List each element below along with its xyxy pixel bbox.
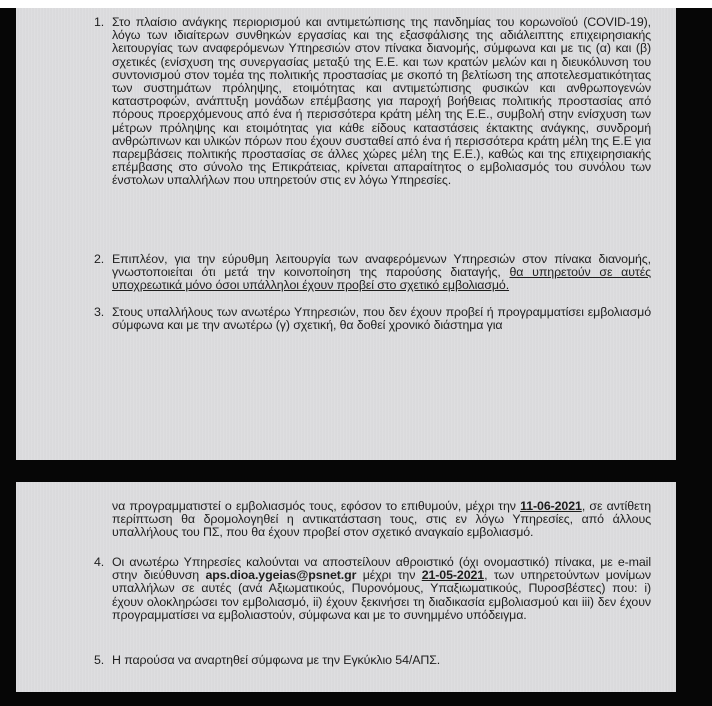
list-item-5: 5. Η παρούσα να αναρτηθεί σύμφωνα με την… — [112, 654, 651, 667]
email-address: aps.dioa.ygeias@psnet.gr — [206, 568, 357, 582]
list-item-1: 1. Στο πλαίσιο ανάγκης περιορισμού και α… — [112, 16, 651, 188]
item-number: 3. — [94, 306, 104, 319]
item-text: Στο πλαίσιο ανάγκης περιορισμού και αντι… — [112, 15, 651, 187]
item-text-b: μέχρι την — [356, 568, 421, 582]
item-number: 5. — [94, 654, 104, 667]
continuation-text: να προγραμματιστεί ο εμβολιασμός τους, ε… — [112, 499, 520, 513]
top-white-strip — [0, 0, 712, 8]
item-3-continuation: να προγραμματιστεί ο εμβολιασμός τους, ε… — [112, 500, 651, 540]
report-deadline-date: 21-05-2021 — [422, 568, 484, 582]
list-item-3: 3. Στους υπαλλήλους των ανωτέρω Υπηρεσιώ… — [112, 306, 651, 332]
item-number: 2. — [94, 253, 104, 266]
item-text: Η παρούσα να αναρτηθεί σύμφωνα με την Εγ… — [112, 653, 440, 667]
item-number: 4. — [94, 556, 104, 569]
item-number: 1. — [94, 16, 104, 29]
document-page-top: 1. Στο πλαίσιο ανάγκης περιορισμού και α… — [16, 8, 676, 460]
list-item-2: 2. Επιπλέον, για την εύρυθμη λειτουργία … — [112, 253, 651, 293]
list-item-4: 4. Οι ανωτέρω Υπηρεσίες καλούνται να απο… — [112, 556, 651, 622]
deadline-date: 11-06-2021 — [520, 499, 582, 513]
document-page-bottom: να προγραμματιστεί ο εμβολιασμός τους, ε… — [16, 482, 676, 692]
item-text: Στους υπαλλήλους των ανωτέρω Υπηρεσιών, … — [112, 305, 651, 332]
